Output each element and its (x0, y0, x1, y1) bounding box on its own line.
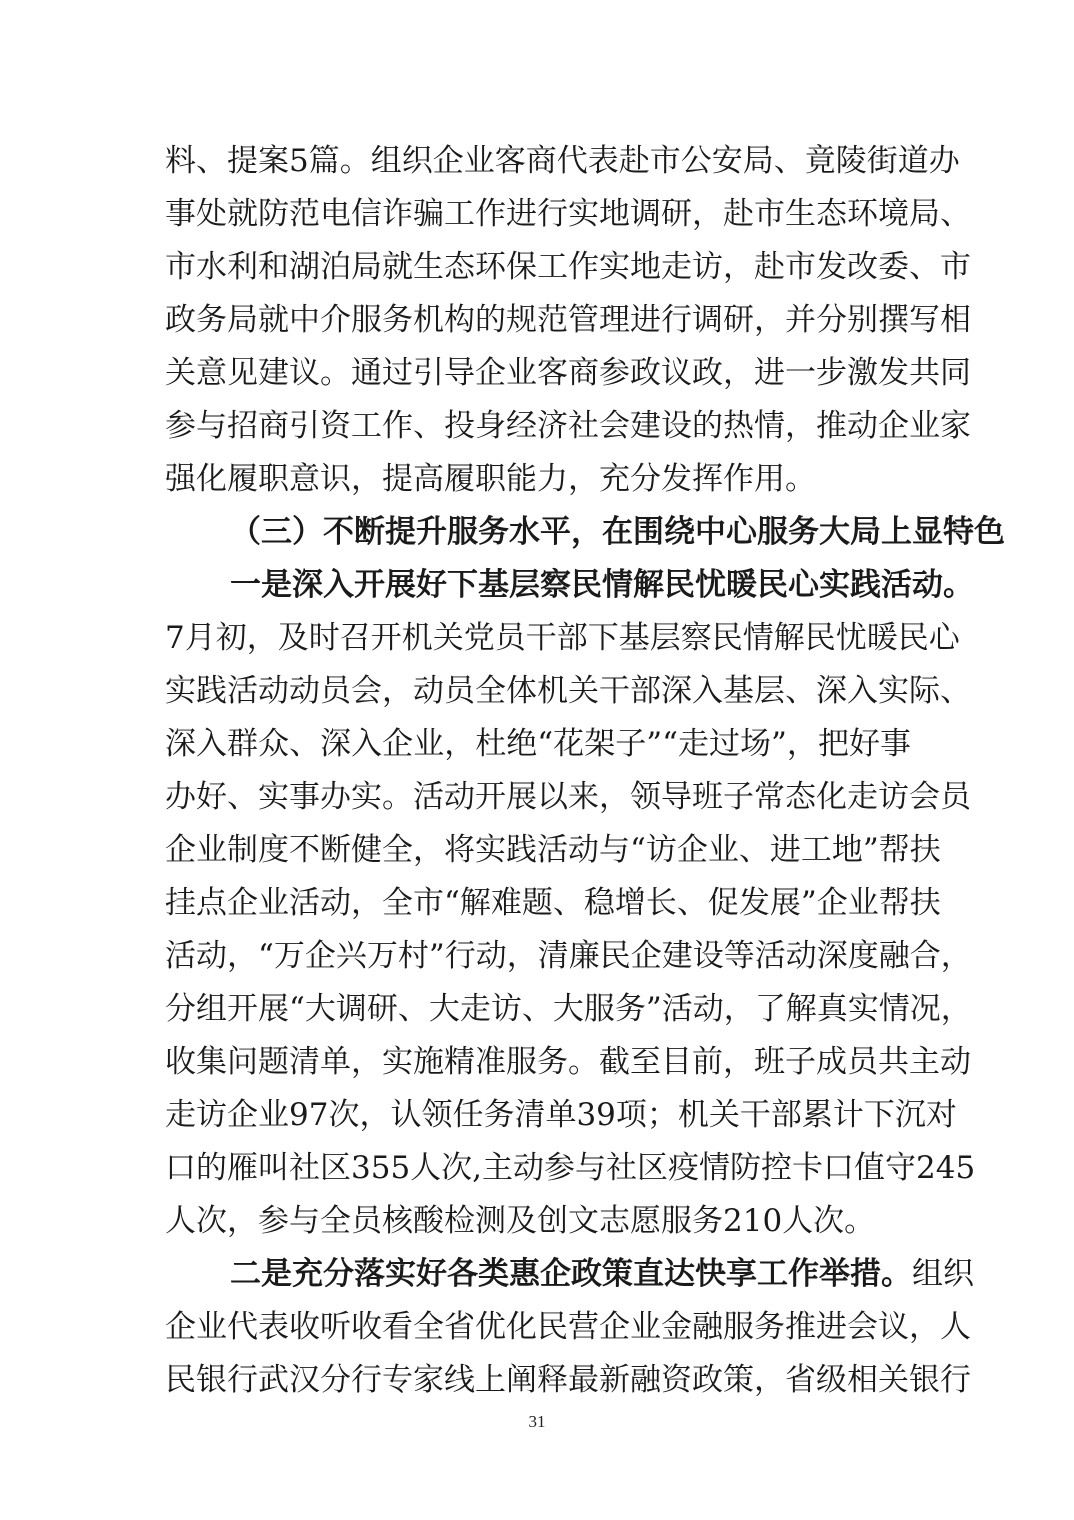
paragraph-line: 办好、实事办实。活动开展以来，领导班子常态化走访会员 (165, 772, 911, 822)
paragraph-line: 7月初，及时召开机关党员干部下基层察民情解民忧暖民心 (165, 613, 911, 663)
subsection-heading: 一是深入开展好下基层察民情解民忧暖民心实践活动。 (230, 560, 911, 610)
paragraph-line: 料、提案5篇。组织企业客商代表赴市公安局、竟陵街道办 (165, 136, 911, 186)
paragraph-line: 政务局就中介服务机构的规范管理进行调研，并分别撰写相 (165, 295, 911, 345)
paragraph-line: 深入群众、深入企业，杜绝“花架子”“走过场”，把好事 (165, 719, 911, 769)
paragraph-line: 民银行武汉分行专家线上阐释最新融资政策，省级相关银行 (165, 1355, 911, 1405)
paragraph-line: 口的雁叫社区355人次,主动参与社区疫情防控卡口值守245 (165, 1143, 911, 1193)
document-page: 料、提案5篇。组织企业客商代表赴市公安局、竟陵街道办 事处就防范电信诈骗工作进行… (0, 0, 1074, 1520)
paragraph-line: 走访企业97次，认领任务清单39项；机关干部累计下沉对 (165, 1090, 911, 1140)
paragraph-line: 市水利和湖泊局就生态环保工作实地走访，赴市发改委、市 (165, 242, 911, 292)
paragraph-text-inline: 组织 (912, 1256, 974, 1292)
paragraph-line: 分组开展“大调研、大走访、大服务”活动，了解真实情况， (165, 984, 911, 1034)
paragraph-line-mixed: 二是充分落实好各类惠企政策直达快享工作举措。组织 (230, 1249, 911, 1299)
paragraph-line: 实践活动动员会，动员全体机关干部深入基层、深入实际、 (165, 666, 911, 716)
paragraph-line: 活动，“万企兴万村”行动，清廉民企建设等活动深度融合， (165, 931, 911, 981)
subsection-heading-inline: 二是充分落实好各类惠企政策直达快享工作举措。 (230, 1256, 912, 1292)
paragraph-line: 企业代表收听收看全省优化民营企业金融服务推进会议，人 (165, 1302, 911, 1352)
paragraph-line: 关意见建议。通过引导企业客商参政议政，进一步激发共同 (165, 348, 911, 398)
paragraph-line: 强化履职意识，提高履职能力，充分发挥作用。 (165, 454, 911, 504)
page-number: 31 (0, 1412, 1074, 1432)
paragraph-line: 人次，参与全员核酸检测及创文志愿服务210人次。 (165, 1196, 911, 1246)
paragraph-line: 企业制度不断健全，将实践活动与“访企业、进工地”帮扶 (165, 825, 911, 875)
paragraph-line: 挂点企业活动，全市“解难题、稳增长、促发展”企业帮扶 (165, 878, 911, 928)
paragraph-line: 参与招商引资工作、投身经济社会建设的热情，推动企业家 (165, 401, 911, 451)
section-heading: （三）不断提升服务水平，在围绕中心服务大局上显特色 (230, 507, 911, 557)
paragraph-line: 事处就防范电信诈骗工作进行实地调研，赴市生态环境局、 (165, 189, 911, 239)
paragraph-line: 收集问题清单，实施精准服务。截至目前，班子成员共主动 (165, 1037, 911, 1087)
